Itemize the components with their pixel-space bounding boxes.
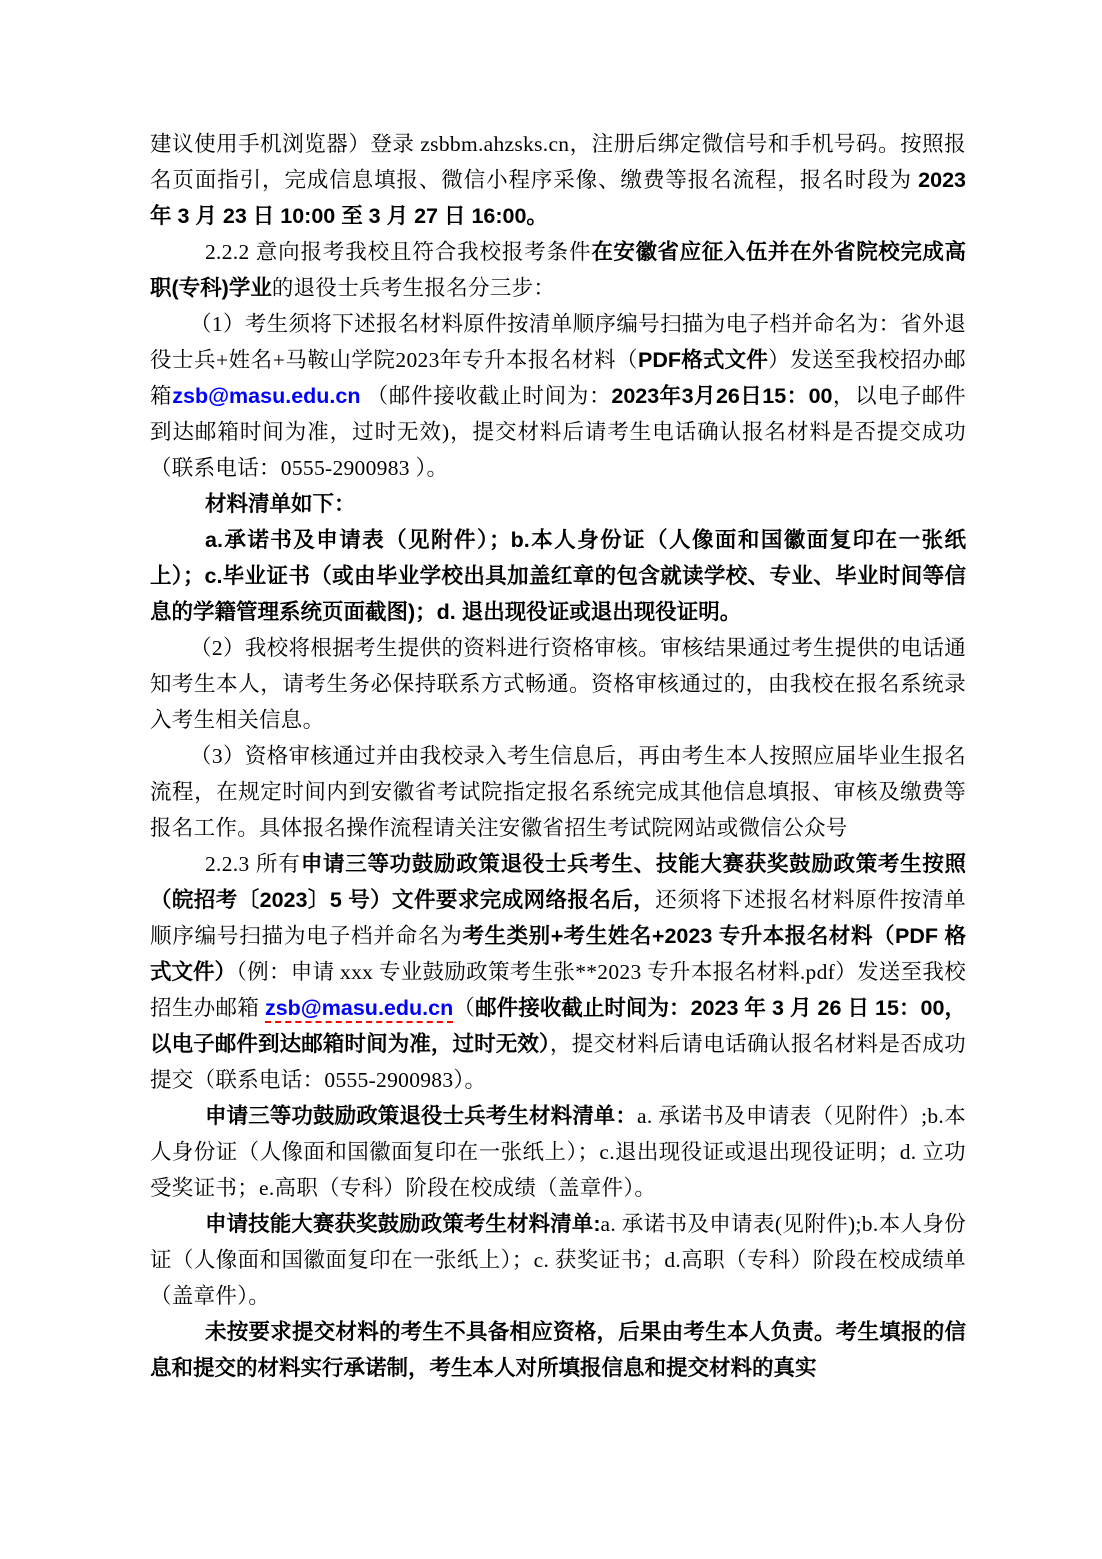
paragraph: 未按要求提交材料的考生不具备相应资格，后果由考生本人负责。考生填报的信息和提交的… xyxy=(150,1314,966,1386)
paragraph: 申请三等功鼓励政策退役士兵考生材料清单：a. 承诺书及申请表（见附件）;b.本人… xyxy=(150,1098,966,1206)
email-link[interactable]: zsb@masu.edu.cn xyxy=(265,996,453,1023)
email-link[interactable]: zsb@masu.edu.cn xyxy=(172,384,360,408)
text-run: a.承诺书及申请表（见附件）；b.本人身份证（人像面和国徽面复印在一张纸上）；c… xyxy=(150,528,966,624)
paragraph: （1）考生须将下述报名材料原件按清单顺序编号扫描为电子档并命名为：省外退役士兵+… xyxy=(150,306,966,486)
text-run: （2）我校将根据考生提供的资料进行资格审核。审核结果通过考生提供的电话通知考生本… xyxy=(150,636,966,732)
paragraph: 2.2.2 意向报考我校且符合我校报考条件在安徽省应征入伍并在外省院校完成高职(… xyxy=(150,234,966,306)
paragraph: （2）我校将根据考生提供的资料进行资格审核。审核结果通过考生提供的电话通知考生本… xyxy=(150,630,966,738)
text-run: PDF格式文件 xyxy=(638,348,768,372)
document-content: 建议使用手机浏览器）登录 zsbbm.ahzsks.cn，注册后绑定微信号和手机… xyxy=(150,126,966,1386)
paragraph: 2.2.3 所有申请三等功鼓励政策退役士兵考生、技能大赛获奖鼓励政策考生按照（皖… xyxy=(150,846,966,1098)
text-run: 2.2.2 意向报考我校且符合我校报考条件 xyxy=(205,240,591,264)
text-run: 申请技能大赛获奖鼓励政策考生材料清单: xyxy=(205,1212,601,1236)
document-page: 建议使用手机浏览器）登录 zsbbm.ahzsks.cn，注册后绑定微信号和手机… xyxy=(0,0,1102,1559)
paragraph: 材料清单如下： xyxy=(150,486,966,522)
text-run: 材料清单如下： xyxy=(205,492,356,516)
text-run: （邮件接收截止时间为： xyxy=(360,384,611,408)
text-run: （3）资格审核通过并由我校录入考生信息后，再由考生本人按照应届毕业生报名流程，在… xyxy=(150,744,966,840)
text-run: 2.2.3 所有 xyxy=(205,852,301,876)
text-run: 未按要求提交材料的考生不具备相应资格，后果由考生本人负责。考生填报的信息和提交的… xyxy=(150,1320,966,1380)
text-run: （ xyxy=(453,996,475,1020)
paragraph: 建议使用手机浏览器）登录 zsbbm.ahzsks.cn，注册后绑定微信号和手机… xyxy=(150,126,966,234)
text-run: 2023年3月26日15：00 xyxy=(611,384,832,408)
paragraph: 申请技能大赛获奖鼓励政策考生材料清单:a. 承诺书及申请表(见附件);b.本人身… xyxy=(150,1206,966,1314)
text-run: 申请三等功鼓励政策退役士兵考生材料清单： xyxy=(205,1104,637,1128)
text-run: 建议使用手机浏览器）登录 zsbbm.ahzsks.cn，注册后绑定微信号和手机… xyxy=(150,132,966,192)
paragraph: a.承诺书及申请表（见附件）；b.本人身份证（人像面和国徽面复印在一张纸上）；c… xyxy=(150,522,966,630)
text-run: 的退役士兵考生报名分三步： xyxy=(272,276,555,300)
paragraph: （3）资格审核通过并由我校录入考生信息后，再由考生本人按照应届毕业生报名流程，在… xyxy=(150,738,966,846)
